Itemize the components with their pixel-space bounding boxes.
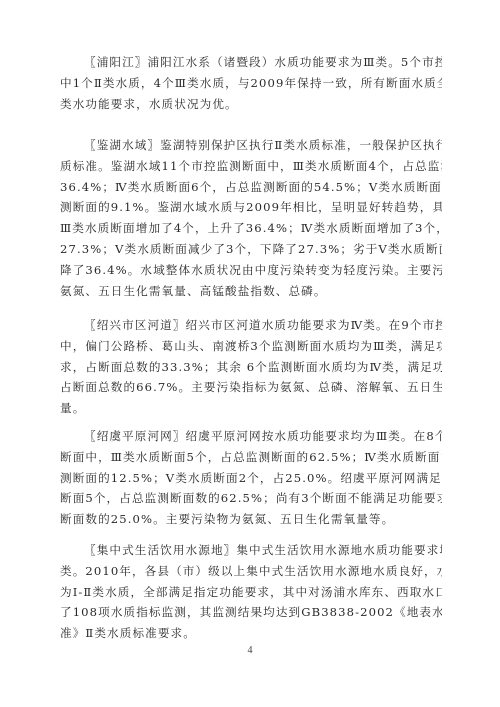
paragraph-drinking-water-sources: 〖集中式生活饮用水源地〗集中式生活饮用水源地水质功能要求均为Ⅱ 类。2010年，… — [60, 540, 442, 644]
text-line: 降了36.4%。水域整体水质状况由中度污染转变为轻度污染。主要污染指标为 — [60, 260, 442, 281]
text-line: 〖鉴湖水域〗鉴湖特别保护区执行Ⅱ类水质标准，一般保护区执行Ⅲ类水 — [60, 135, 442, 156]
text-line: 质标准。鉴湖水域11个市控监测断面中，Ⅲ类水质断面4个，占总监测断面的 — [60, 156, 442, 177]
paragraph-jianhu-waters: 〖鉴湖水域〗鉴湖特别保护区执行Ⅱ类水质标准，一般保护区执行Ⅲ类水 质标准。鉴湖水… — [60, 135, 442, 301]
text-line: 求，占断面总数的33.3%；其余 6个监测断面水质均为Ⅳ类，满足功能要求， — [60, 357, 442, 378]
text-line: 占断面总数的66.7%。主要污染指标为氨氮、总磷、溶解氧、五日生化需氧 — [60, 377, 442, 398]
text-line: Ⅲ类水质断面增加了4个，上升了36.4%；Ⅳ类水质断面增加了3个，上升了 — [60, 218, 442, 239]
text-line: 测断面的9.1%。鉴湖水域水质与2009年相比，呈明显好转趋势，具体表现为： — [60, 197, 442, 218]
text-line: 了108项水质指标监测，其监测结果均达到GB3838-2002《地表水环境质量标 — [60, 602, 442, 623]
text-line: 中1个Ⅱ类水质，4个Ⅲ类水质，与2009年保持一致，所有断面水质全部满足Ⅲ — [60, 73, 442, 94]
text-line: 氨氮、五日生化需氧量、高锰酸盐指数、总磷。 — [60, 281, 442, 302]
text-line: 〖浦阳江〗浦阳江水系（诸暨段）水质功能要求为Ⅲ类。5个市控监测断面 — [60, 52, 442, 73]
text-line: 测断面的12.5%；Ⅴ类水质断面2个，占25.0%。绍虞平原河网满足功能要求的 — [60, 468, 442, 489]
paragraph-shaoxing-urban-rivers: 〖绍兴市区河道〗绍兴市区河道水质功能要求为Ⅳ类。在9个市控监测断面 中，偏门公路… — [60, 315, 442, 419]
text-line: 中，偏门公路桥、葛山头、南渡桥3个监测断面水质均为Ⅲ类，满足功能要 — [60, 336, 442, 357]
text-line: 类水功能要求，水质状况为优。 — [60, 94, 442, 115]
paragraph-puyang-river: 〖浦阳江〗浦阳江水系（诸暨段）水质功能要求为Ⅲ类。5个市控监测断面 中1个Ⅱ类水… — [60, 52, 442, 114]
paragraph-shaoyu-plain-rivers: 〖绍虞平原河网〗绍虞平原河网按水质功能要求均为Ⅲ类。在8个市控监测 断面中，Ⅲ类… — [60, 426, 442, 530]
text-line: 断面数的25.0%。主要污染物为氨氮、五日生化需氧量等。 — [60, 509, 442, 530]
text-line: 断面中，Ⅲ类水质断面5个，占总监测断面的62.5%；Ⅳ类水质断面1个，占总监 — [60, 447, 442, 468]
text-line: 量。 — [60, 398, 442, 419]
text-line: 断面5个，占总监测断面数的62.5%；尚有3个断面不能满足功能要求，占总监测 — [60, 488, 442, 509]
text-line: 36.4%；Ⅳ类水质断面6个，占总监测断面的54.5%；Ⅴ类水质断面1个，占总监 — [60, 177, 442, 198]
text-line: 〖绍兴市区河道〗绍兴市区河道水质功能要求为Ⅳ类。在9个市控监测断面 — [60, 315, 442, 336]
text-line: 类。2010年，各县（市）级以上集中式生活饮用水源地水质良好，水质现状均 — [60, 561, 442, 582]
document-page: 〖浦阳江〗浦阳江水系（诸暨段）水质功能要求为Ⅲ类。5个市控监测断面 中1个Ⅱ类水… — [0, 0, 500, 707]
text-line: 准》Ⅱ类水质标准要求。 — [60, 623, 442, 644]
text-line: 〖集中式生活饮用水源地〗集中式生活饮用水源地水质功能要求均为Ⅱ — [60, 540, 442, 561]
text-line: 27.3%；Ⅴ类水质断面减少了3个，下降了27.3%；劣于Ⅴ类水质断面消除，下 — [60, 239, 442, 260]
text-line: 〖绍虞平原河网〗绍虞平原河网按水质功能要求均为Ⅲ类。在8个市控监测 — [60, 426, 442, 447]
page-number: 4 — [0, 645, 500, 656]
text-line: 为Ⅰ-Ⅱ类水质，全部满足指定功能要求，其中对汤浦水库东、西取水口开展 — [60, 582, 442, 603]
